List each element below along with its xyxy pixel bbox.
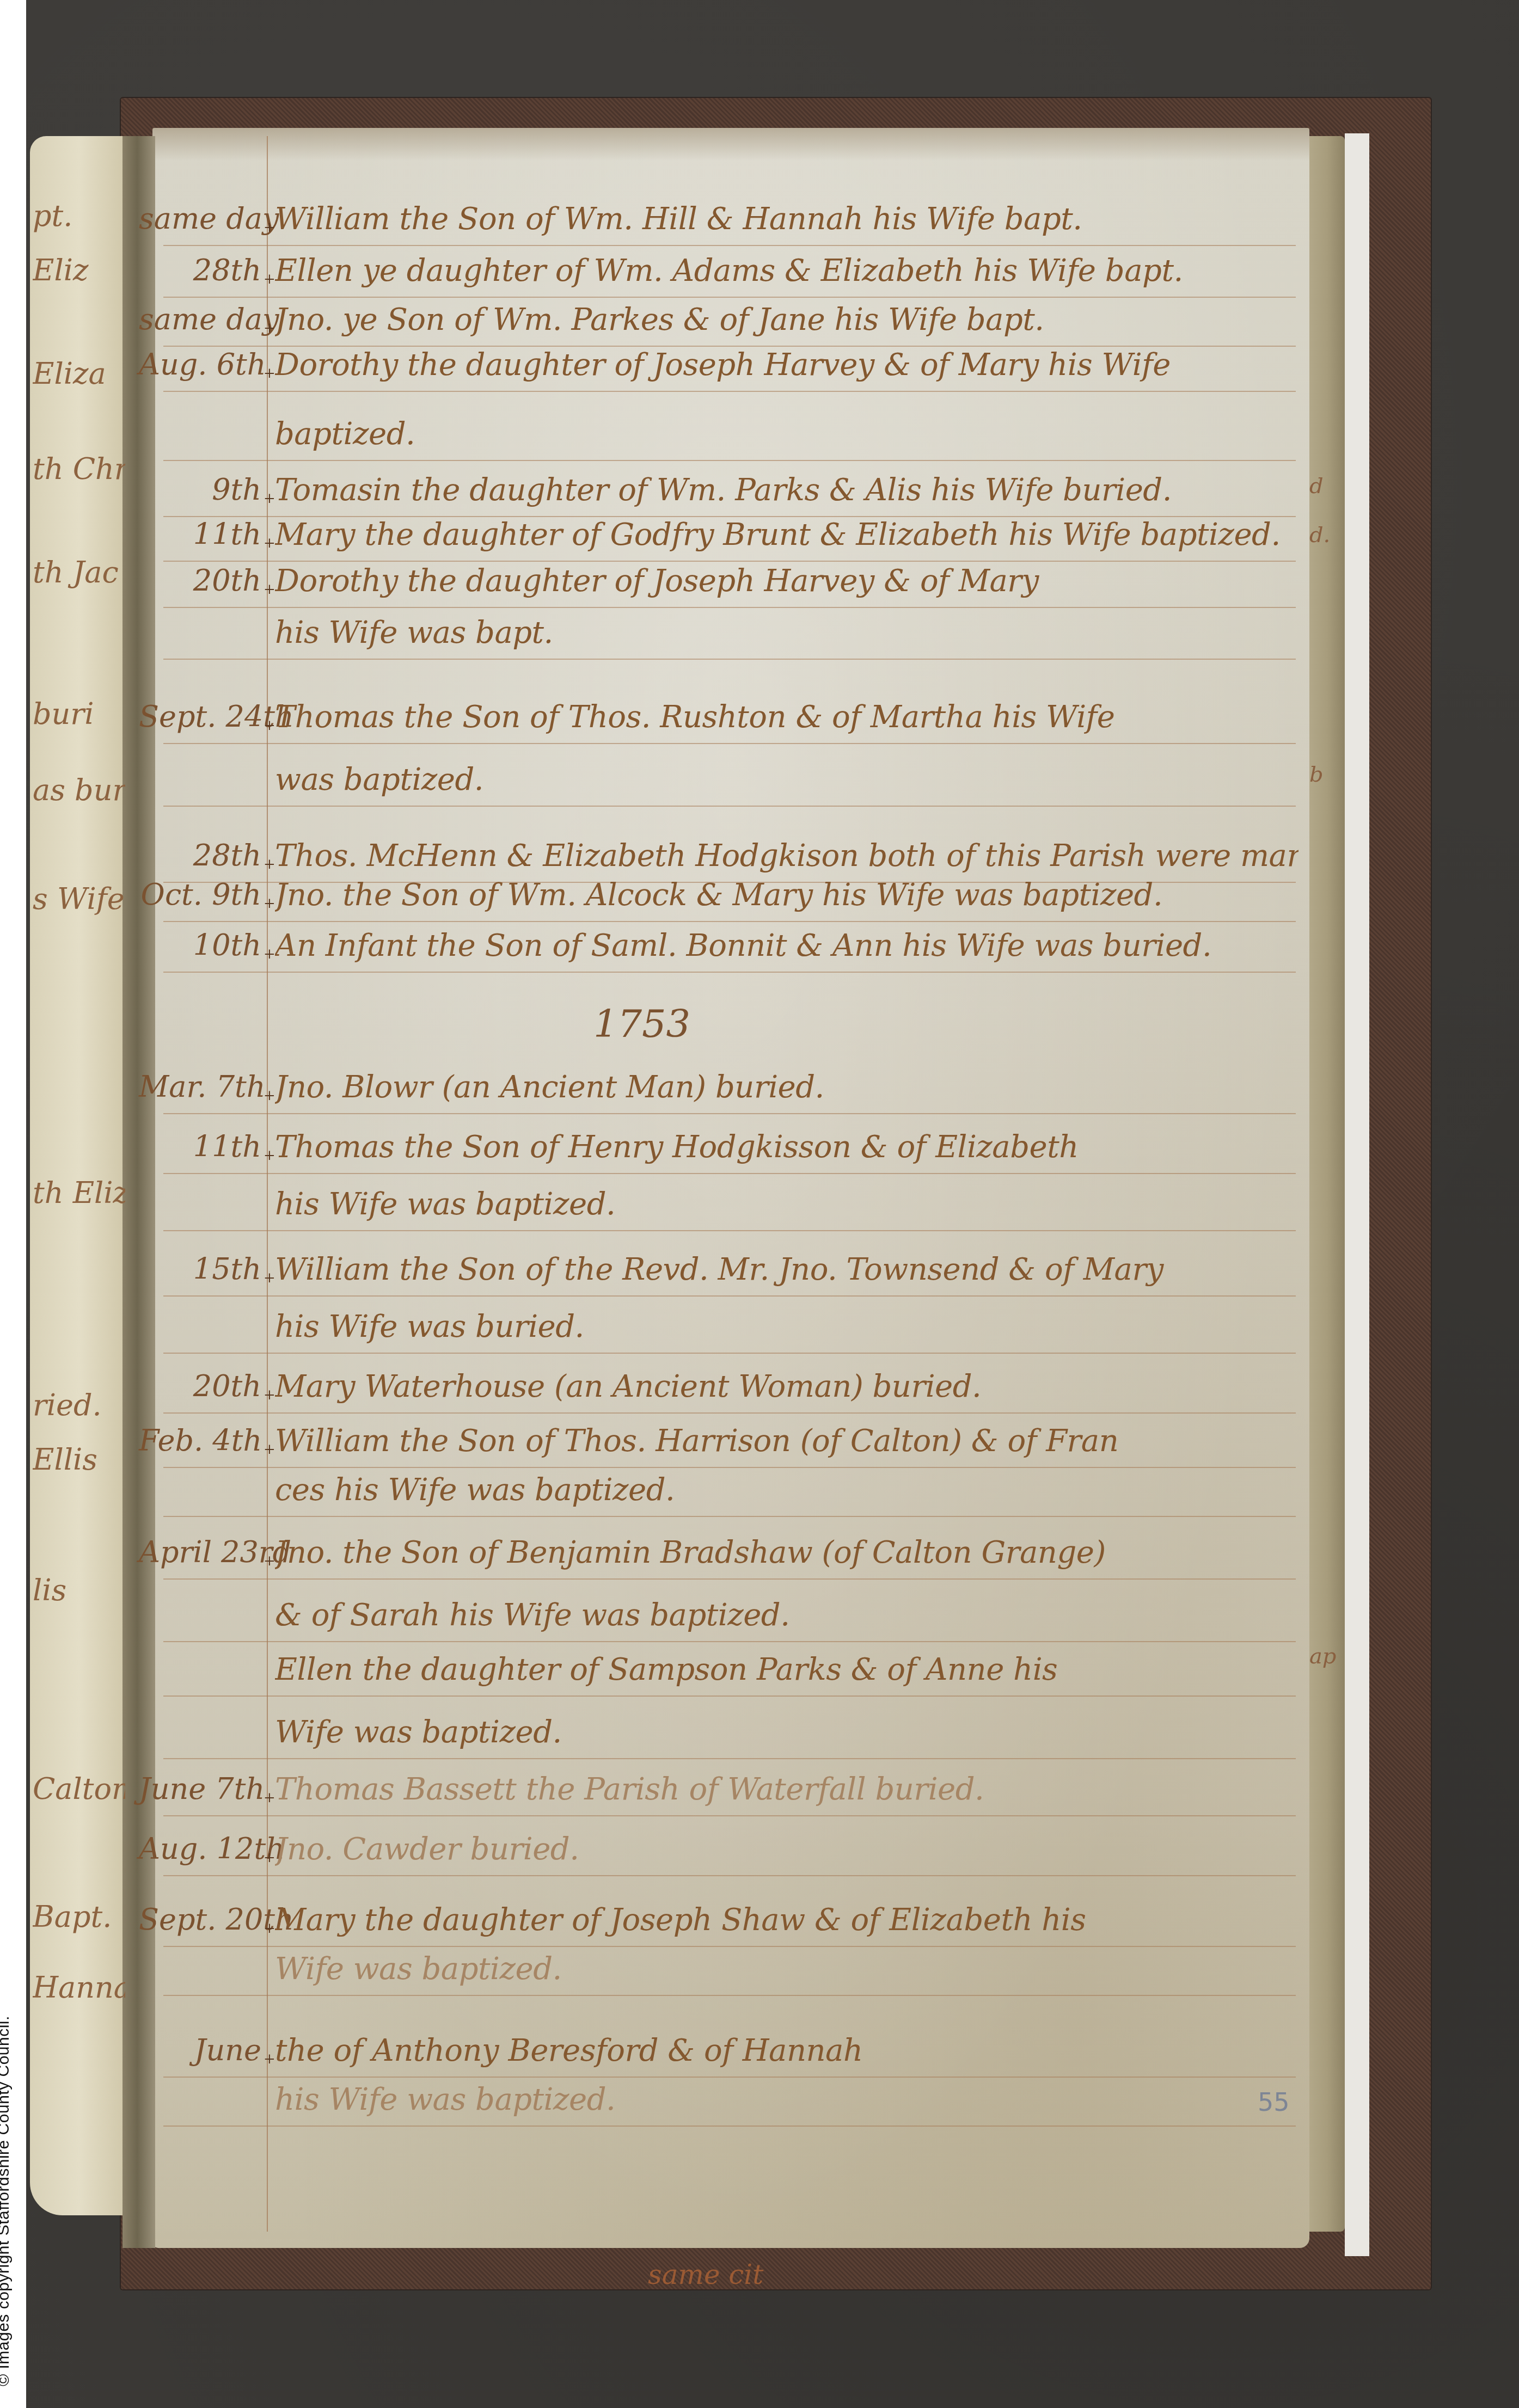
entry-date: Oct. 9th: [139, 877, 261, 912]
entry-text: Thos. McHenn & Elizabeth Hodgkison both …: [275, 838, 1298, 874]
entry-text: Mary Waterhouse (an Ancient Woman) burie…: [275, 1369, 1298, 1404]
entry-date: same day: [139, 302, 261, 336]
water-stain-top: [152, 128, 1309, 161]
register-entry: Aug. 12thJno. Cawder buried.+: [0, 1832, 1519, 1875]
register-entry: June 7thThomas Bassett the Parish of Wat…: [0, 1772, 1519, 1815]
register-entry: Wife was baptized.: [0, 1951, 1519, 1995]
entry-text: William the Son of the Revd. Mr. Jno. To…: [275, 1252, 1298, 1287]
entry-text: Jno. the Son of Benjamin Bradshaw (of Ca…: [275, 1535, 1298, 1570]
margin-cross-icon: +: [264, 899, 272, 908]
margin-cross-icon: +: [264, 1557, 272, 1565]
folio-number: 55: [1258, 2087, 1290, 2117]
margin-cross-icon: +: [264, 1151, 272, 1160]
margin-cross-icon: +: [264, 1274, 272, 1282]
ruled-line: [163, 1173, 1296, 1174]
register-entry: same dayWilliam the Son of Wm. Hill & Ha…: [0, 201, 1519, 245]
ruled-line: [163, 1758, 1296, 1759]
entry-date: 11th: [139, 517, 261, 551]
entry-text: his Wife was baptized.: [275, 2082, 1298, 2117]
register-entry: Junethe of Anthony Beresford & of Hannah…: [0, 2033, 1519, 2077]
entry-text: his Wife was buried.: [275, 1309, 1298, 1344]
margin-cross-icon: +: [264, 1391, 272, 1399]
register-entry: 11thMary the daughter of Godfry Brunt & …: [0, 517, 1519, 561]
entry-text: Thomas Bassett the Parish of Waterfall b…: [275, 1772, 1298, 1807]
entry-text: & of Sarah his Wife was baptized.: [275, 1598, 1298, 1633]
register-entry: April 23rdJno. the Son of Benjamin Brads…: [0, 1535, 1519, 1578]
register-entry: & of Sarah his Wife was baptized.: [0, 1598, 1519, 1641]
register-entry: his Wife was bapt.: [0, 615, 1519, 659]
ruled-line: [163, 972, 1296, 973]
entry-text: Thomas the Son of Henry Hodgkisson & of …: [275, 1129, 1298, 1165]
register-entry: Oct. 9thJno. the Son of Wm. Alcock & Mar…: [0, 877, 1519, 921]
ruled-line: [163, 1412, 1296, 1414]
margin-cross-icon: +: [264, 369, 272, 378]
register-entry: Ellen the daughter of Sampson Parks & of…: [0, 1652, 1519, 1696]
register-entry: 9thTomasin the daughter of Wm. Parks & A…: [0, 472, 1519, 516]
entry-text: Jno. ye Son of Wm. Parkes & of Jane his …: [275, 302, 1298, 337]
ruled-line: [163, 2126, 1296, 2127]
ruled-line: [163, 346, 1296, 347]
ruled-line: [163, 806, 1296, 807]
entry-text: his Wife was baptized.: [275, 1187, 1298, 1222]
entry-text: Dorothy the daughter of Joseph Harvey & …: [275, 347, 1298, 383]
copyright-strip: © Images copyright Staffordshire County …: [0, 0, 26, 2408]
margin-cross-icon: +: [264, 1924, 272, 1933]
ruled-line: [163, 1995, 1296, 1996]
ruled-line: [163, 1696, 1296, 1697]
register-entry: same dayJno. ye Son of Wm. Parkes & of J…: [0, 302, 1519, 346]
register-entry: 10thAn Infant the Son of Saml. Bonnit & …: [0, 928, 1519, 972]
margin-cross-icon: +: [264, 275, 272, 284]
entry-date: Aug. 6th: [139, 347, 261, 382]
margin-cross-icon: +: [264, 1091, 272, 1100]
ruled-line: [163, 2077, 1296, 2078]
ruled-line: [163, 921, 1296, 922]
margin-cross-icon: +: [264, 1853, 272, 1862]
entry-date: 28th: [139, 838, 261, 873]
margin-cross-icon: +: [264, 1793, 272, 1802]
entry-text: Jno. Cawder buried.: [275, 1832, 1298, 1867]
year-heading: 1753: [593, 1002, 690, 1046]
entry-text: Jno. Blowr (an Ancient Man) buried.: [275, 1070, 1298, 1105]
ruled-line: [163, 1516, 1296, 1517]
register-entry: his Wife was baptized.: [0, 2082, 1519, 2126]
register-entry: Aug. 6thDorothy the daughter of Joseph H…: [0, 347, 1519, 391]
entry-text: Tomasin the daughter of Wm. Parks & Alis…: [275, 472, 1298, 508]
register-entry: his Wife was baptized.: [0, 1187, 1519, 1230]
ruled-line: [163, 1875, 1296, 1876]
ruled-line: [163, 1295, 1296, 1297]
ruled-line: [163, 1353, 1296, 1354]
register-entry: 20thMary Waterhouse (an Ancient Woman) b…: [0, 1369, 1519, 1412]
ruled-line: [163, 743, 1296, 744]
entry-date: Mar. 7th: [139, 1070, 261, 1104]
margin-cross-icon: +: [264, 2055, 272, 2063]
entry-text: Wife was baptized.: [275, 1951, 1298, 1987]
entry-date: 20th: [139, 563, 261, 598]
entry-date: 15th: [139, 1252, 261, 1286]
register-entry: 15thWilliam the Son of the Revd. Mr. Jno…: [0, 1252, 1519, 1295]
margin-cross-icon: +: [264, 860, 272, 869]
register-entry: Feb. 4thWilliam the Son of Thos. Harriso…: [0, 1423, 1519, 1467]
margin-cross-icon: +: [264, 223, 272, 232]
entry-date: Feb. 4th: [139, 1423, 261, 1458]
entry-text: ces his Wife was baptized.: [275, 1472, 1298, 1508]
register-entry: his Wife was buried.: [0, 1309, 1519, 1353]
register-entry: Mar. 7thJno. Blowr (an Ancient Man) buri…: [0, 1070, 1519, 1113]
ruled-line: [163, 1467, 1296, 1468]
entry-date: Aug. 12th: [139, 1832, 261, 1866]
entry-text: was baptized.: [275, 762, 1298, 797]
margin-cross-icon: +: [264, 721, 272, 730]
ruled-line: [163, 607, 1296, 608]
entry-date: 11th: [139, 1129, 261, 1164]
entry-date: 20th: [139, 1369, 261, 1403]
register-entry: Sept. 24thThomas the Son of Thos. Rushto…: [0, 699, 1519, 743]
entry-date: 9th: [139, 472, 261, 507]
entry-text: William the Son of Thos. Harrison (of Ca…: [275, 1423, 1298, 1459]
ruled-line: [163, 1113, 1296, 1114]
margin-cross-icon: +: [264, 585, 272, 594]
ruled-line: [163, 391, 1296, 392]
entry-date: June 7th: [139, 1772, 261, 1806]
register-entry: Wife was baptized.: [0, 1715, 1519, 1758]
register-entry: 20thDorothy the daughter of Joseph Harve…: [0, 563, 1519, 607]
ruled-line: [163, 1578, 1296, 1580]
entry-text: his Wife was bapt.: [275, 615, 1298, 650]
entry-text: the of Anthony Beresford & of Hannah: [275, 2033, 1298, 2068]
footer-note: same cit: [648, 2259, 763, 2290]
register-entry: 28thEllen ye daughter of Wm. Adams & Eli…: [0, 253, 1519, 297]
margin-cross-icon: +: [264, 950, 272, 959]
ruled-line: [163, 1815, 1296, 1816]
margin-cross-icon: +: [264, 324, 272, 333]
ruled-line: [163, 245, 1296, 246]
edge-fragment: d.: [1309, 523, 1330, 548]
entry-text: Mary the daughter of Godfry Brunt & Eliz…: [275, 517, 1298, 552]
entry-text: Mary the daughter of Joseph Shaw & of El…: [275, 1902, 1298, 1938]
ruled-line: [163, 1230, 1296, 1231]
entry-text: Dorothy the daughter of Joseph Harvey & …: [275, 563, 1298, 599]
register-entry: 28thThos. McHenn & Elizabeth Hodgkison b…: [0, 838, 1519, 882]
edge-fragment: ap: [1309, 1644, 1336, 1669]
ruled-line: [163, 561, 1296, 562]
entry-text: baptized.: [275, 416, 1298, 452]
entry-date: April 23rd: [139, 1535, 261, 1569]
register-entry: baptized.: [0, 416, 1519, 460]
ruled-line: [163, 1946, 1296, 1947]
entry-text: William the Son of Wm. Hill & Hannah his…: [275, 201, 1298, 237]
register-entry: Sept. 20thMary the daughter of Joseph Sh…: [0, 1902, 1519, 1946]
margin-cross-icon: +: [264, 494, 272, 503]
margin-cross-icon: +: [264, 1445, 272, 1454]
entry-date: June: [139, 2033, 261, 2067]
entry-date: Sept. 24th: [139, 699, 261, 734]
entry-text: Jno. the Son of Wm. Alcock & Mary his Wi…: [275, 877, 1298, 913]
ruled-line: [163, 460, 1296, 461]
entry-text: Ellen the daughter of Sampson Parks & of…: [275, 1652, 1298, 1687]
entry-text: Thomas the Son of Thos. Rushton & of Mar…: [275, 699, 1298, 735]
entry-date: 10th: [139, 928, 261, 962]
entry-text: Ellen ye daughter of Wm. Adams & Elizabe…: [275, 253, 1298, 288]
entry-text: An Infant the Son of Saml. Bonnit & Ann …: [275, 928, 1298, 963]
entry-date: Sept. 20th: [139, 1902, 261, 1937]
entry-date: 28th: [139, 253, 261, 287]
margin-cross-icon: +: [264, 539, 272, 548]
edge-fragment: d: [1309, 474, 1324, 499]
ruled-line: [163, 659, 1296, 660]
entry-date: same day: [139, 201, 261, 236]
ruled-line: [163, 297, 1296, 298]
copyright-text: © Images copyright Staffordshire County …: [0, 2016, 13, 2386]
register-entry: ces his Wife was baptized.: [0, 1472, 1519, 1516]
edge-fragment: b: [1309, 762, 1324, 787]
register-entry: was baptized.: [0, 762, 1519, 806]
entry-text: Wife was baptized.: [275, 1715, 1298, 1750]
register-entry: 11thThomas the Son of Henry Hodgkisson &…: [0, 1129, 1519, 1173]
ruled-line: [163, 1641, 1296, 1642]
